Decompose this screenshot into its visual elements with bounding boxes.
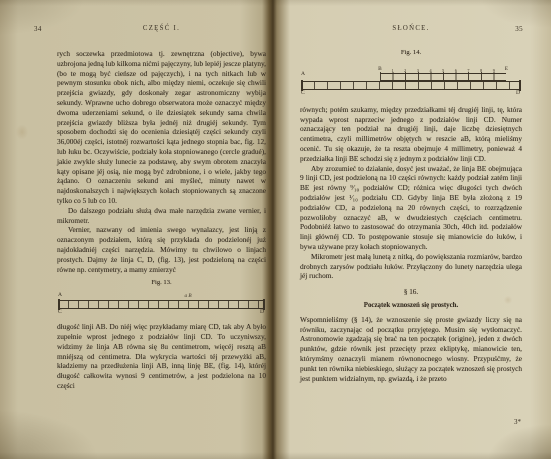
paragraph: Do dalszego podziału służą dwa małe narz…	[57, 206, 266, 226]
vernier-band	[380, 73, 507, 81]
figure-13-ruler-diagram: A a B C D	[57, 291, 266, 317]
paragraph: długość linji AB. Do niéj więc przykłada…	[57, 322, 266, 391]
right-page-body: Fig. 14. A B 1 2 3 4 5 6 7 8 9 E	[300, 44, 522, 383]
section-title: Początek wznoszeń się prostych.	[300, 301, 522, 311]
left-page-body: rych soczewka przedmiotowa tj. zewnętrzn…	[57, 49, 266, 391]
figure-13-caption: Fig. 13.	[57, 278, 266, 288]
figure-14-caption: Fig. 14.	[300, 48, 522, 58]
paragraph: Vernier, nazwany od imienia swego wynala…	[57, 225, 266, 274]
ruler-label-C: C	[58, 309, 62, 315]
ruler-label-D: D	[516, 90, 520, 96]
paragraph: Mikrometr jest małą lunetą z nitką, do p…	[300, 252, 522, 281]
right-page: SŁOŃCE. 35 Fig. 14. A B 1 2 3 4 5 6 7 8 …	[278, 0, 551, 459]
left-page-number: 34	[34, 25, 42, 33]
ruler-label-aB: a B	[184, 293, 191, 299]
paragraph: równych; potém szukamy, między przedział…	[300, 105, 522, 164]
vernier-scale: B 1 2 3 4 5 6 7 8 9 E	[380, 69, 507, 81]
signature-mark: 3*	[514, 418, 521, 426]
paragraph: rych soczewka przedmiotowa tj. zewnętrzn…	[57, 49, 266, 206]
section-number: § 16.	[300, 288, 522, 298]
ruler-label-C: C	[301, 90, 305, 96]
book-scan: 34 CZĘŚĆ I. rych soczewka przedmiotowa t…	[0, 0, 551, 459]
paragraph: Aby zrozumieć to działanie, dosyć jest u…	[300, 164, 522, 252]
right-running-title: SŁOŃCE.	[300, 25, 522, 32]
ruler-label-D: D	[260, 309, 264, 315]
left-page: 34 CZĘŚĆ I. rych soczewka przedmiotowa t…	[0, 0, 270, 459]
ruler-band	[301, 81, 521, 90]
ruler-label-A: A	[58, 292, 62, 298]
ruler-band	[58, 300, 265, 309]
right-page-number: 35	[515, 25, 523, 33]
paragraph: Wspomnieliśmy (§ 14), że wznoszenie się …	[300, 315, 522, 384]
figure-14-vernier-diagram: A B 1 2 3 4 5 6 7 8 9 E C D	[300, 61, 522, 99]
ruler-label-A: A	[301, 71, 305, 77]
left-running-title: CZĘŚĆ I.	[57, 25, 266, 32]
